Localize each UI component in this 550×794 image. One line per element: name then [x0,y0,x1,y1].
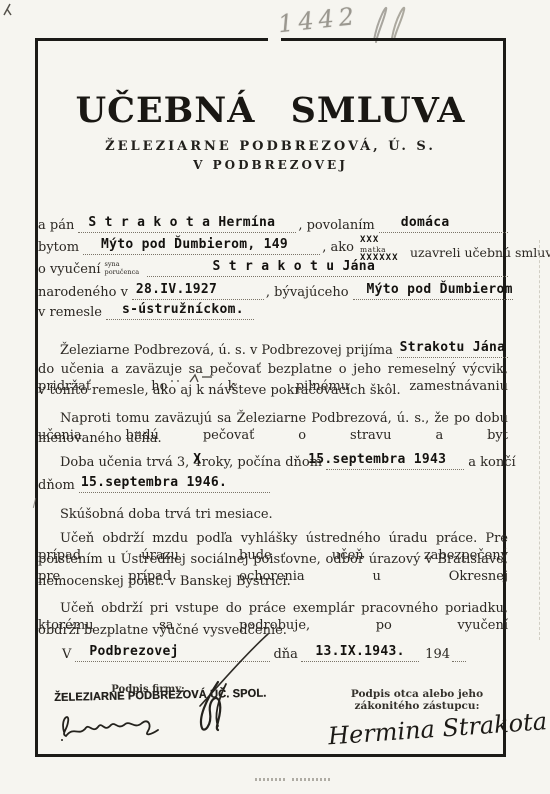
year-suffix-field [452,643,466,662]
frame-print-gap [268,36,281,43]
label-ako: , ako [320,240,354,255]
p1-name-field: Strakotu Jána [397,339,508,358]
apprentice-relation-options: syna poručenca [105,261,147,276]
p1-name-value: Strakotu Jána [400,340,506,355]
pencil-archive-number: 1442 [277,2,361,38]
p3-lead-text: Doba učenia trvá 3, [60,455,193,470]
document-title: UČEBNÁ SMLUVA [35,90,506,131]
father-signature-label: Podpis otca alebo jeho zákonitého zástup… [322,688,512,712]
form-line-guardian: a pán S t r a k o t a Hermína , povolaní… [38,214,508,233]
birthdate-value: 28.IV.1927 [136,282,217,297]
paragraph5-line3: nemocenskej poisť. v Banskej Bystrici. [38,573,508,590]
label-byvajuceho: , bývajúceho [264,285,353,300]
p1-lead-text: Železiarne Podbrezová, ú. s. v Podbrezov… [60,343,397,358]
paragraph1-line1: Železiarne Podbrezová, ú. s. v Podbrezov… [38,340,508,358]
strike-otec: XXX [360,236,399,245]
date-value: 13.IX.1943. [315,644,404,659]
residence-field: Mýto pod Ďumbierom [353,280,513,300]
trade-value: s-ústružníckom. [122,302,244,317]
trade-field: s-ústružníckom. [106,300,254,320]
form-line-trade: v remesle s-ústružníckom. [38,301,254,320]
residence-value: Mýto pod Ďumbierom [367,282,513,297]
paragraph2-line2: menovaného učňa. [38,430,508,447]
paragraph4: Skúšobná doba trvá tri mesiace. [38,506,508,523]
label-dna: dňa [270,647,300,662]
struck-year-option: 4 X [193,451,201,470]
label-v: V [62,647,75,662]
paragraph3-line2: dňom 15.septembra 1946. [38,475,270,493]
address-value: Mýto pod Ďumbierom, 149 [101,237,288,252]
form-line-apprentice: o vyučení syna poručenca S t r a k o t u… [38,258,508,277]
label-dnom: dňom [38,478,79,493]
occupation-value: domáca [401,215,450,230]
p3-tail-text: a končí [464,455,515,470]
label-o-vyuceni: o vyučení [38,262,105,277]
end-date-value: 15.septembra 1946. [81,475,227,490]
scanned-document-page: 1442 UČEBNÁ SMLUVA ŽELEZIARNE PODBREZOVÁ… [0,0,550,794]
occupation-field: domáca [379,213,508,233]
guardian-name-value: S t r a k o t a Hermína [88,215,275,230]
company-signature [58,708,168,746]
guardian-name-field: S t r a k o t a Hermína [78,213,296,233]
printer-imprint [292,778,330,781]
label-194: 194 [419,647,452,662]
birthdate-field: 28.IV.1927 [132,280,264,300]
address-field: Mýto pod Ďumbierom, 149 [83,235,320,255]
paragraph1-line3: v tomto remesle, ako aj k návšteve pokra… [38,382,508,399]
label-narodeneho: narodeného v [38,285,132,300]
label-a-pan: a pán [38,218,78,233]
label-povolanim: , povolaním [296,218,378,233]
start-date-field: 15.septembra 1943 [326,451,464,470]
end-date-field: 15.septembra 1946. [79,474,270,493]
label-v-remesle: v remesle [38,305,106,320]
printer-imprint [255,778,287,781]
ink-caret-artifact [168,373,218,385]
start-date-value: 15.septembra 1943 [308,452,446,467]
date-field: 13.IX.1943. [301,643,419,662]
place-value: Podbrezovej [89,644,178,659]
paragraph3-line1: Doba učenia trvá 3, 4 X roky, počína dňo… [38,452,508,470]
signature-flourish-over-stamp [188,678,244,734]
apprentice-name-field: S t r a k o t u Jána [147,257,508,277]
label-bytom: bytom [38,240,83,255]
option-porucenca: poručenca [105,269,147,277]
typed-strike-x: X [193,452,201,467]
company-name: ŽELEZIARNE PODBREZOVÁ, Ú. S. [35,139,506,154]
scan-edge-artifact [539,240,540,640]
scan-corner-artifact [2,2,14,18]
form-line-address: bytom Mýto pod Ďumbierom, 149 , ako [38,236,354,255]
company-location: V PODBREZOVEJ [35,158,506,172]
apprentice-name-value: S t r a k o t u Jána [213,259,376,274]
form-line-birth: narodeného v 28.IV.1927 , bývajúceho Mýt… [38,281,508,300]
